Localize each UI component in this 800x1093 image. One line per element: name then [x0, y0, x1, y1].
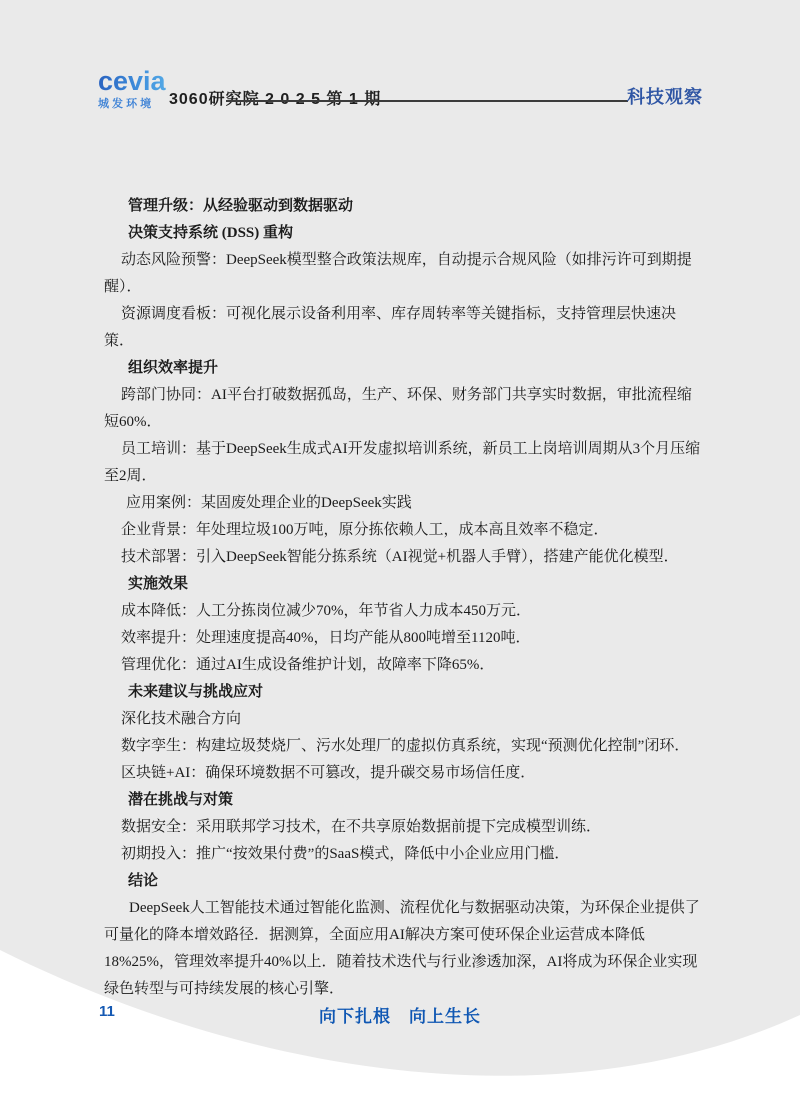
header-divider	[226, 100, 628, 102]
article-paragraph: 数字孪生：构建垃圾焚烧厂、污水处理厂的虚拟仿真系统，实现“预测优化控制”闭环．	[104, 733, 704, 760]
article-paragraph: 未来建议与挑战应对	[104, 679, 704, 706]
article-paragraph: 决策支持系统 (DSS) 重构	[104, 220, 704, 247]
logo-subtitle: 城 发 环 境	[98, 95, 162, 111]
article-paragraph: 跨部门协同：AI平台打破数据孤岛，生产、环保、财务部门共享实时数据，审批流程缩短…	[104, 382, 704, 436]
article-paragraph: 员工培训：基于DeepSeek生成式AI开发虚拟培训系统，新员工上岗培训周期从3…	[104, 436, 704, 490]
cevia-logo-wordmark: cevia	[98, 68, 168, 94]
article-paragraph: 资源调度看板：可视化展示设备利用率、库存周转率等关键指标，支持管理层快速决策．	[104, 301, 704, 355]
article-paragraph: 技术部署：引入DeepSeek智能分拣系统（AI视觉+机器人手臂），搭建产能优化…	[104, 544, 704, 571]
magazine-page: cevia 城 发 环 境 3060研究院 2 0 2 5 第 1 期 科技观察…	[0, 0, 800, 1093]
article-paragraph: 管理优化：通过AI生成设备维护计划，故障率下降65%．	[104, 652, 704, 679]
article-paragraph: 数据安全：采用联邦学习技术，在不共享原始数据前提下完成模型训练．	[104, 814, 704, 841]
article-paragraph: 实施效果	[104, 571, 704, 598]
article-paragraph: 潜在挑战与对策	[104, 787, 704, 814]
brand-logo: cevia 城 发 环 境	[98, 68, 168, 111]
article-paragraph: 管理升级：从经验驱动到数据驱动	[104, 193, 704, 220]
article-body: 管理升级：从经验驱动到数据驱动 决策支持系统 (DSS) 重构 动态风险预警：D…	[104, 193, 704, 1003]
article-paragraph: DeepSeek人工智能技术通过智能化监测、流程优化与数据驱动决策，为环保企业提…	[104, 895, 704, 1003]
article-paragraph: 动态风险预警：DeepSeek模型整合政策法规库，自动提示合规风险（如排污许可到…	[104, 247, 704, 301]
issue-label: 3060研究院 2 0 2 5 第 1 期	[169, 86, 381, 109]
article-paragraph: 组织效率提升	[104, 355, 704, 382]
article-paragraph: 企业背景：年处理垃圾100万吨，原分拣依赖人工，成本高且效率不稳定．	[104, 517, 704, 544]
article-paragraph: 深化技术融合方向	[104, 706, 704, 733]
footer-slogan: 向下扎根 向上生长	[0, 1002, 800, 1027]
article-paragraph: 区块链+AI：确保环境数据不可篡改，提升碳交易市场信任度．	[104, 760, 704, 787]
article-paragraph: 效率提升：处理速度提高40%，日均产能从800吨增至1120吨．	[104, 625, 704, 652]
article-paragraph: 初期投入：推广“按效果付费”的SaaS模式，降低中小企业应用门槛．	[104, 841, 704, 868]
article-paragraph: 结论	[104, 868, 704, 895]
article-paragraph: 应用案例：某固废处理企业的DeepSeek实践	[104, 490, 704, 517]
article-paragraph: 成本降低：人工分拣岗位减少70%，年节省人力成本450万元．	[104, 598, 704, 625]
section-title: 科技观察	[627, 83, 703, 109]
